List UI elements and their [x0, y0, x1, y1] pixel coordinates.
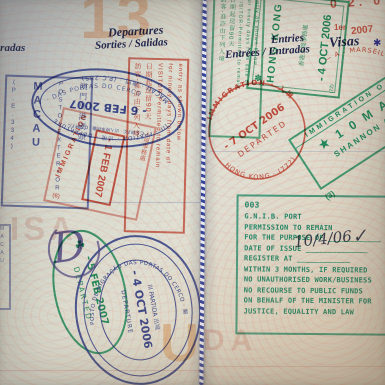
macau-departure-oval-stamp: III · PARTIDA · 出境 · DEPARTURE MACAU · 澳…	[28, 62, 187, 153]
hk-circle-bottom-arc: HONG KONG · (772)	[222, 144, 301, 191]
hk-departed-circle-stamp: IMMIGRATION · 入境事務處 HONG KONG · (772) - …	[197, 68, 316, 192]
passport-photo: 13 ISA U DA Departures Sorties / Salidas…	[0, 0, 385, 385]
svg-text:· DAS PORTAS DO CERCO ·: · DAS PORTAS DO CERCO ·	[0, 0, 146, 104]
macau-oval-date: - 6 FEB 2007	[69, 97, 148, 118]
portas-oval-type2: DEPARTURE	[119, 289, 134, 334]
shamrock-icon: ☘	[73, 237, 86, 253]
marseille-arc-text: — A - MARSEILLE —	[0, 0, 385, 64]
svg-text:— A - MARSEILLE —: — A - MARSEILLE —	[0, 0, 385, 64]
svg-text:HONG KONG · (772): HONG KONG · (772)	[222, 144, 301, 191]
portas-do-cerco-arc: · DAS PORTAS DO CERCO ·	[0, 0, 146, 104]
round-stamps-layer: III · PARTIDA · 出境 · DEPARTURE MACAU · 澳…	[0, 0, 385, 385]
